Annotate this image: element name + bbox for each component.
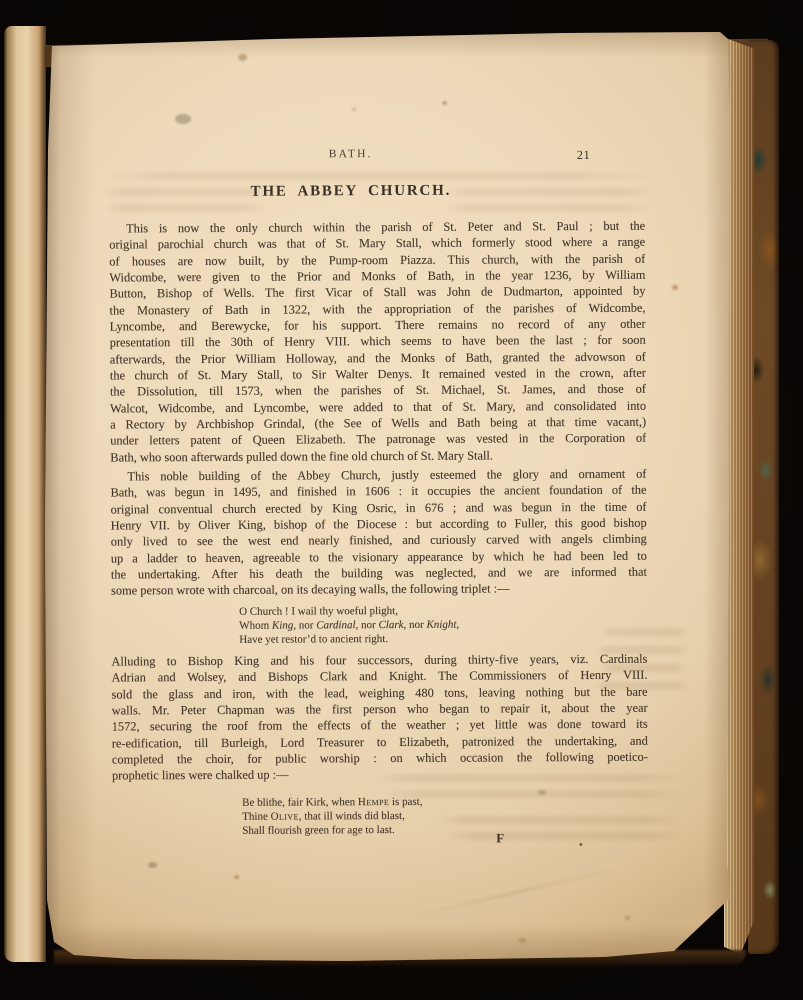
signature-mark: F	[496, 830, 504, 846]
paragraph-2: This noble building of the Abbey Church,…	[110, 466, 647, 600]
verse-triplet: O Church ! I wail thy woeful plight,Whom…	[239, 605, 459, 648]
verse-prophetic-lines: Be blithe, fair Kirk, when Hempe is past…	[242, 796, 423, 838]
ink-dot	[579, 843, 582, 846]
photo-background: BATH. 21 THE ABBEY CHURCH. This is now t…	[0, 0, 803, 1000]
paragraph-3: Alluding to Bishop King and his four suc…	[111, 651, 648, 785]
facing-page-sliver	[4, 26, 46, 962]
section-title: THE ABBEY CHURCH.	[251, 183, 452, 201]
running-title: BATH.	[329, 148, 373, 160]
book-page: BATH. 21 THE ABBEY CHURCH. This is now t…	[44, 30, 730, 962]
paragraph-1: This is now the only church within the p…	[109, 218, 646, 466]
printed-content: BATH. 21 THE ABBEY CHURCH. This is now t…	[42, 28, 733, 964]
page-number: 21	[577, 148, 591, 163]
